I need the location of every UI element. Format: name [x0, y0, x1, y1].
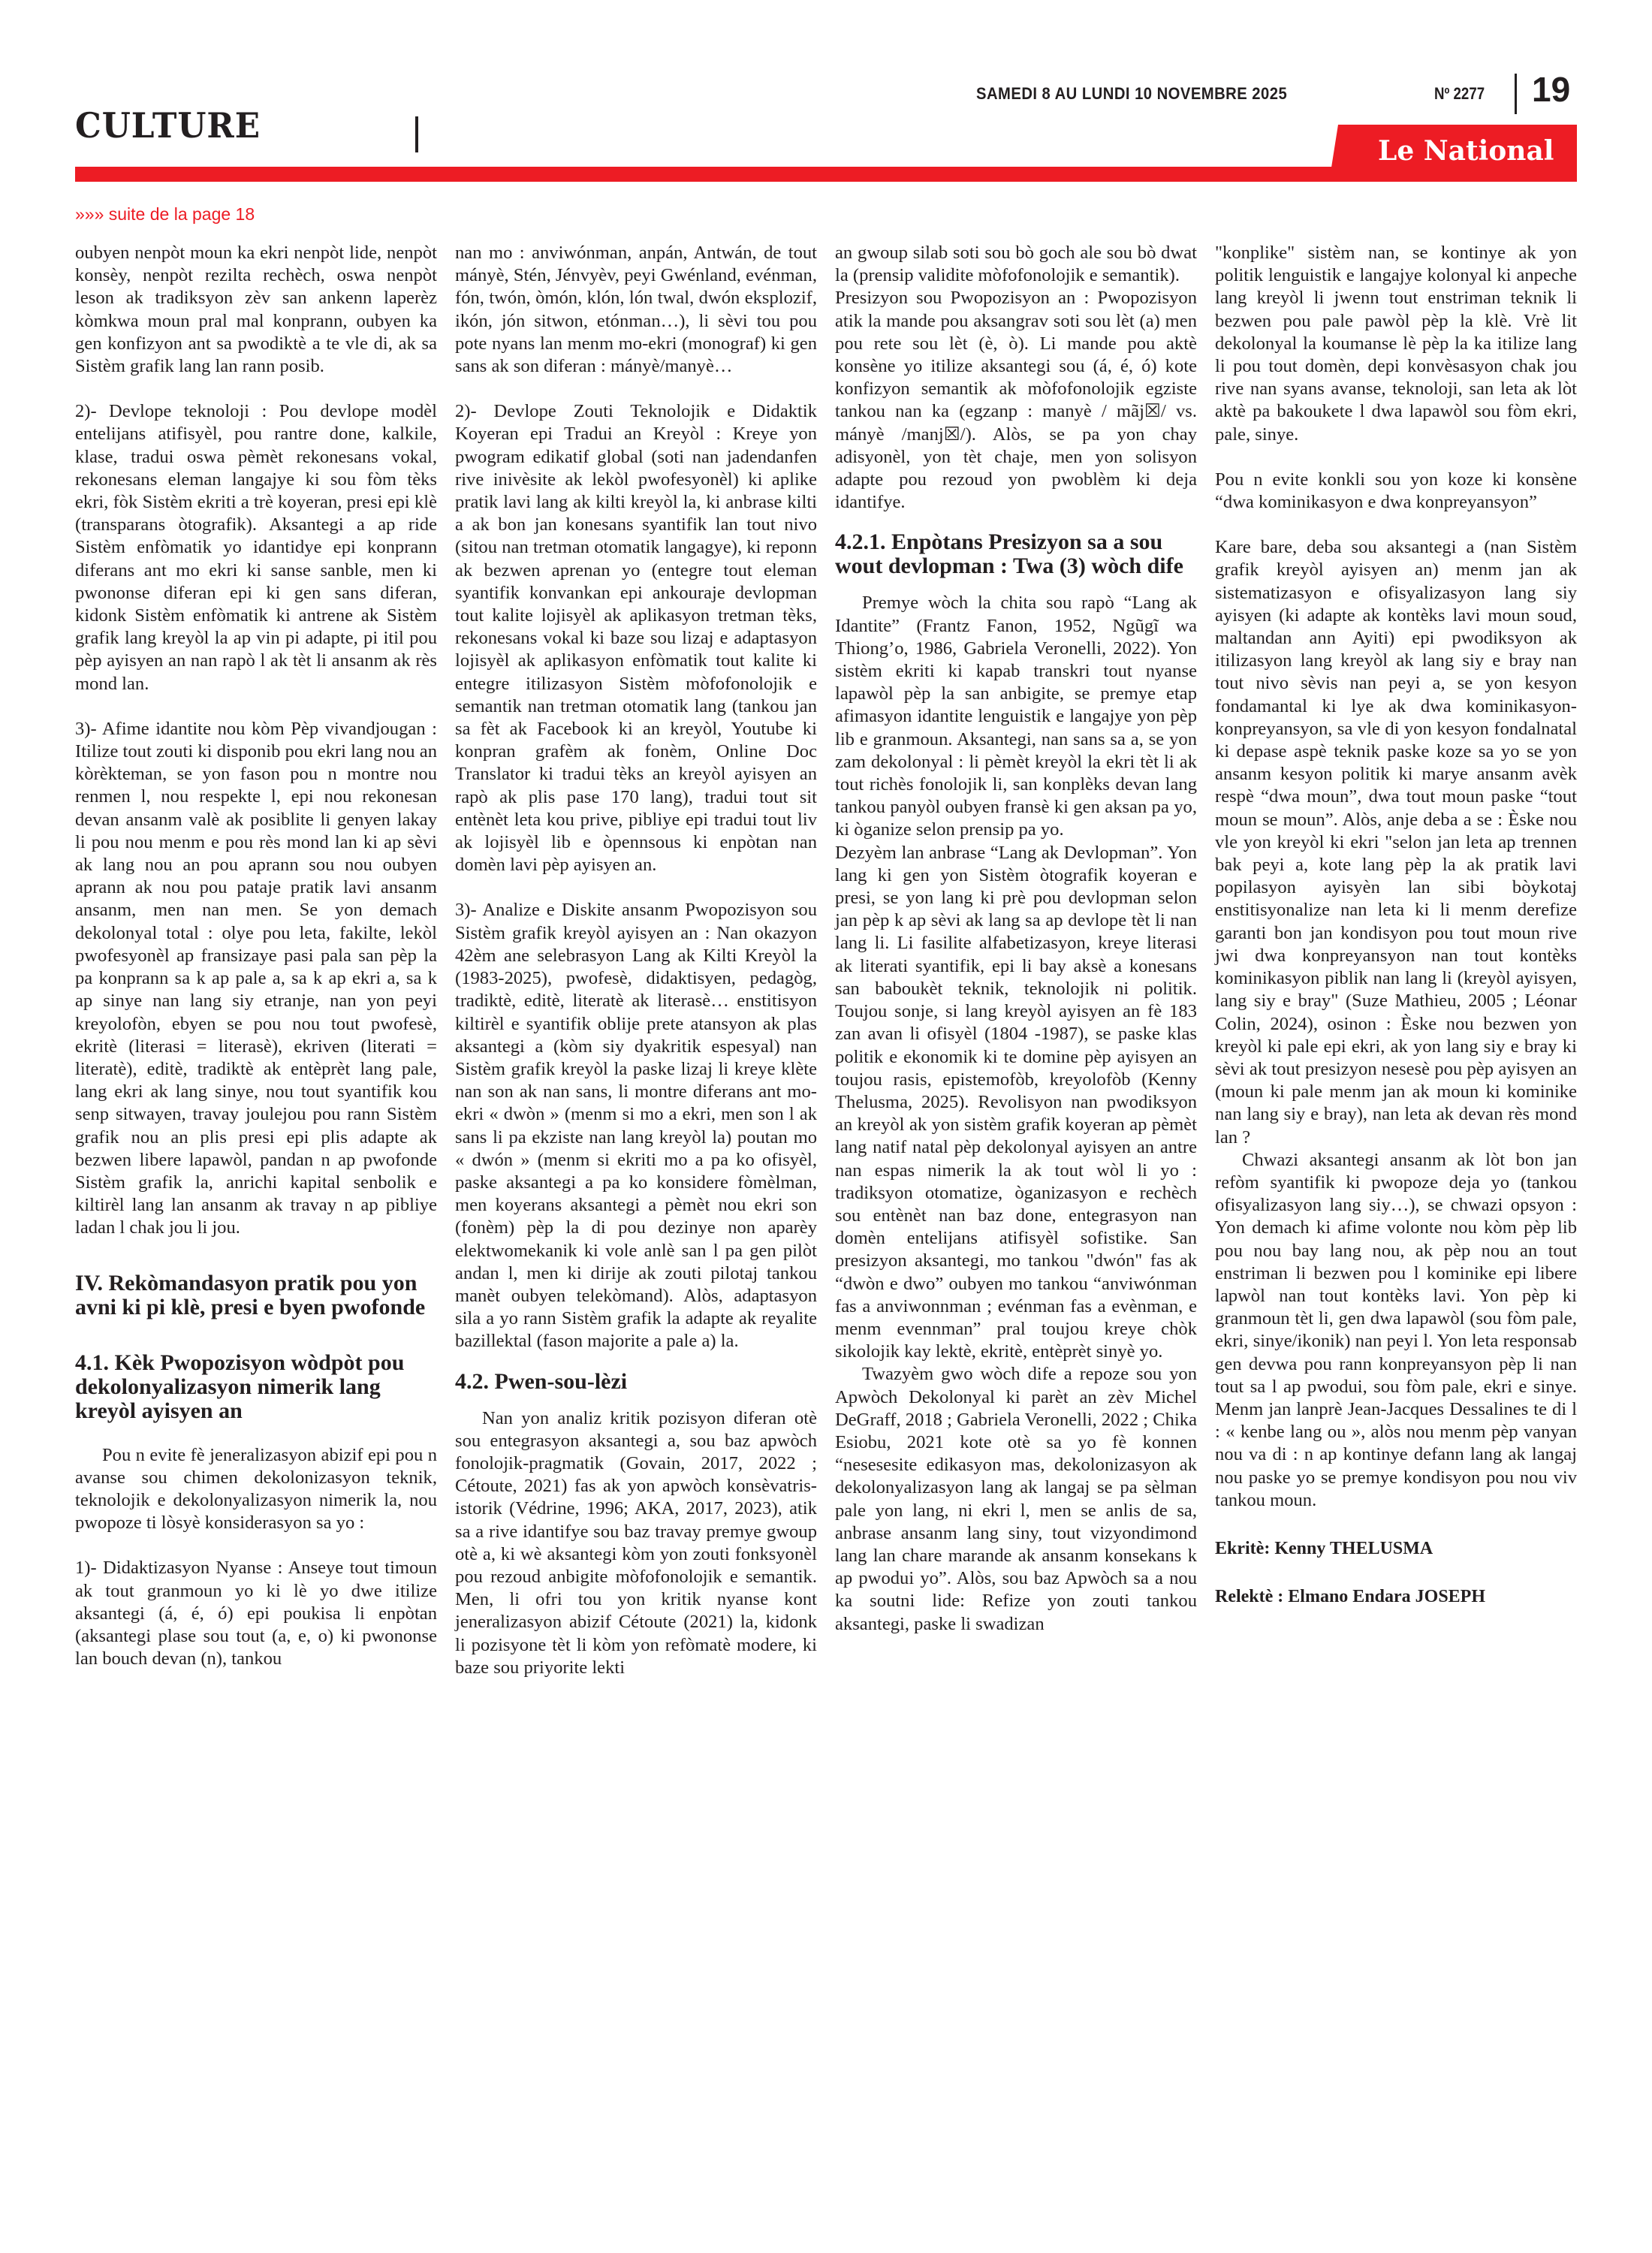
author-credit: Ekritè: Kenny THELUSMA [1215, 1537, 1577, 1560]
paragraph: Twazyèm gwo wòch dife a repoze sou yon A… [835, 1363, 1197, 1635]
paragraph: 1)- Didaktizasyon Nyanse : Anseye tout t… [75, 1557, 437, 1670]
section-title: CULTURE [75, 105, 261, 146]
paragraph: Pou n evite fè jeneralizasyon abizif epi… [75, 1444, 437, 1535]
article-column-1: oubyen nenpòt moun ka ekri nenpòt lide, … [75, 242, 437, 1670]
section-heading: IV. Rekòmandasyon pratik pou yon avni ki… [75, 1271, 437, 1320]
paragraph: "konplike" sistèm nan, se kontinye ak yo… [1215, 242, 1577, 446]
paragraph: Dezyèm lan anbrase “Lang ak Devlopman”. … [835, 842, 1197, 1364]
paragraph: Nan yon analiz kritik pozisyon diferan o… [455, 1407, 817, 1679]
subsection-heading: 4.1. Kèk Pwopozisyon wòdpòt pou dekolony… [75, 1351, 437, 1423]
article-column-4: "konplike" sistèm nan, se kontinye ak yo… [1215, 242, 1577, 1608]
paragraph: an gwoup silab soti sou bò goch ale sou … [835, 242, 1197, 287]
paragraph: 2)- Devlope teknoloji : Pou devlope modè… [75, 400, 437, 695]
paragraph: Kare bare, deba sou aksantegi a (nan Sis… [1215, 536, 1577, 1148]
paragraph: oubyen nenpòt moun ka ekri nenpòt lide, … [75, 242, 437, 378]
subsection-heading: 4.2. Pwen-sou-lèzi [455, 1370, 817, 1394]
page-number: 19 [1532, 69, 1570, 110]
issue-divider [1515, 74, 1517, 114]
brand-logo: Le National [1378, 135, 1554, 167]
paragraph: nan mo : anviwónman, anpán, Antwán, de t… [455, 242, 817, 378]
dateline: SAMEDI 8 AU LUNDI 10 NOVEMBRE 2025 [976, 84, 1287, 104]
article-column-2: nan mo : anviwónman, anpán, Antwán, de t… [455, 242, 817, 1679]
paragraph: Premye wòch la chita sou rapò “Lang ak I… [835, 592, 1197, 841]
paragraph: Presizyon sou Pwopozisyon an : Pwopozisy… [835, 287, 1197, 514]
article-column-3: an gwoup silab soti sou bò goch ale sou … [835, 242, 1197, 1636]
paragraph: 3)- Analize e Diskite ansanm Pwopozisyon… [455, 899, 817, 1353]
paragraph: 2)- Devlope Zouti Teknolojik e Didaktik … [455, 400, 817, 876]
section-divider [415, 116, 418, 152]
paragraph: Chwazi aksantegi ansanm ak lòt bon jan r… [1215, 1149, 1577, 1512]
continued-from-link[interactable]: »»» suite de la page 18 [75, 204, 255, 225]
paragraph: 3)- Afime idantite nou kòm Pèp vivandjou… [75, 718, 437, 1240]
subsection-heading: 4.2.1. Enpòtans Presizyon sa a sou wout … [835, 530, 1197, 578]
paragraph: Pou n evite konkli sou yon koze ki konsè… [1215, 469, 1577, 514]
masthead: SAMEDI 8 AU LUNDI 10 NOVEMBRE 2025 Nº 22… [0, 0, 1652, 195]
proofreader-credit: Relektè : Elmano Endara JOSEPH [1215, 1585, 1577, 1608]
issue-number: Nº 2277 [1434, 84, 1485, 104]
